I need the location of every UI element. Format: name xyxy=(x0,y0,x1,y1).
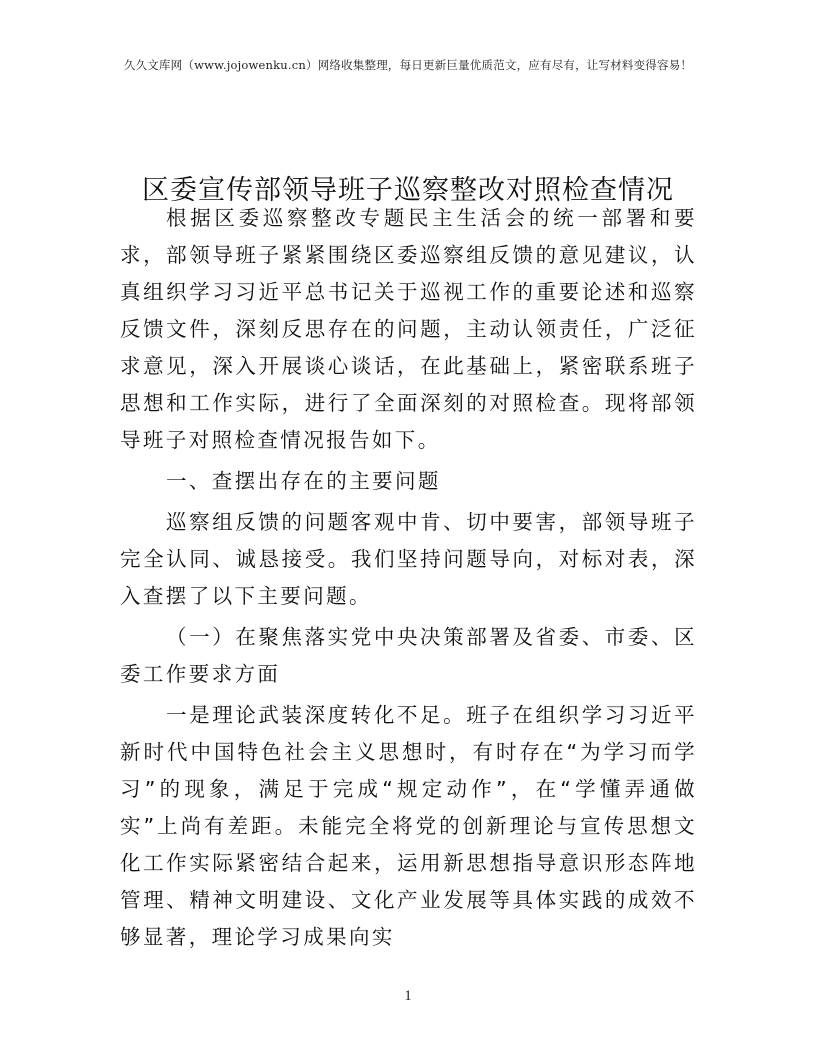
subsection-1-paragraph: 一是理论武装深度转化不足。班子在组织学习习近平新时代中国特色社会主义思想时，有时… xyxy=(120,697,697,956)
site-header-note: 久久文库网（www.jojowenku.cn）网络收集整理，每日更新巨量优质范文… xyxy=(0,57,816,73)
section-heading-1: 一、查摆出存在的主要问题 xyxy=(120,463,697,500)
subsection-heading-1: （一）在聚焦落实党中央决策部署及省委、市委、区委工作要求方面 xyxy=(120,619,697,693)
section-1-paragraph: 巡察组反馈的问题客观中肯、切中要害，部领导班子完全认同、诚恳接受。我们坚持问题导… xyxy=(120,504,697,615)
document-body: 根据区委巡察整改专题民主生活会的统一部署和要求，部领导班子紧紧围绕区委巡察组反馈… xyxy=(120,200,697,956)
intro-paragraph: 根据区委巡察整改专题民主生活会的统一部署和要求，部领导班子紧紧围绕区委巡察组反馈… xyxy=(120,200,697,459)
page-number: 1 xyxy=(0,988,816,1005)
